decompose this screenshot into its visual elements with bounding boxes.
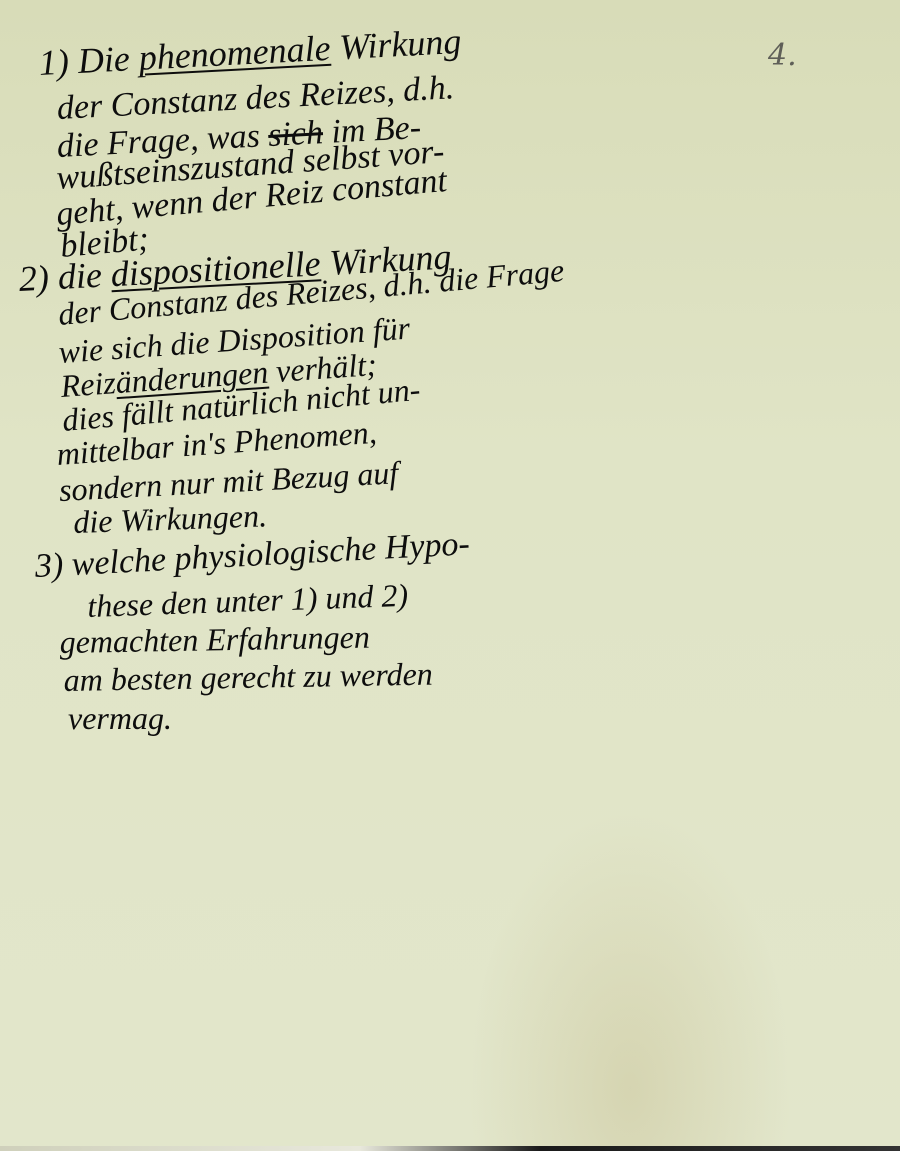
item-2-line-8: die Wirkungen. [73,497,268,541]
item-marker: 2) [18,257,50,299]
page-number: 4. [768,38,797,73]
item-3-line-3: gemachten Erfahrungen [59,619,370,661]
item-3-line-5: vermag. [68,700,172,737]
page-bottom-edge [0,1146,900,1151]
manuscript-page: 4. 1) Die phenomenale Wirkung der Consta… [0,0,900,1146]
item-marker: 1) [38,41,70,83]
underlined-word: phenomenale [138,28,332,78]
item-3-line-4: am besten gerecht zu werden [63,656,433,699]
item-marker: 3) [34,547,64,585]
